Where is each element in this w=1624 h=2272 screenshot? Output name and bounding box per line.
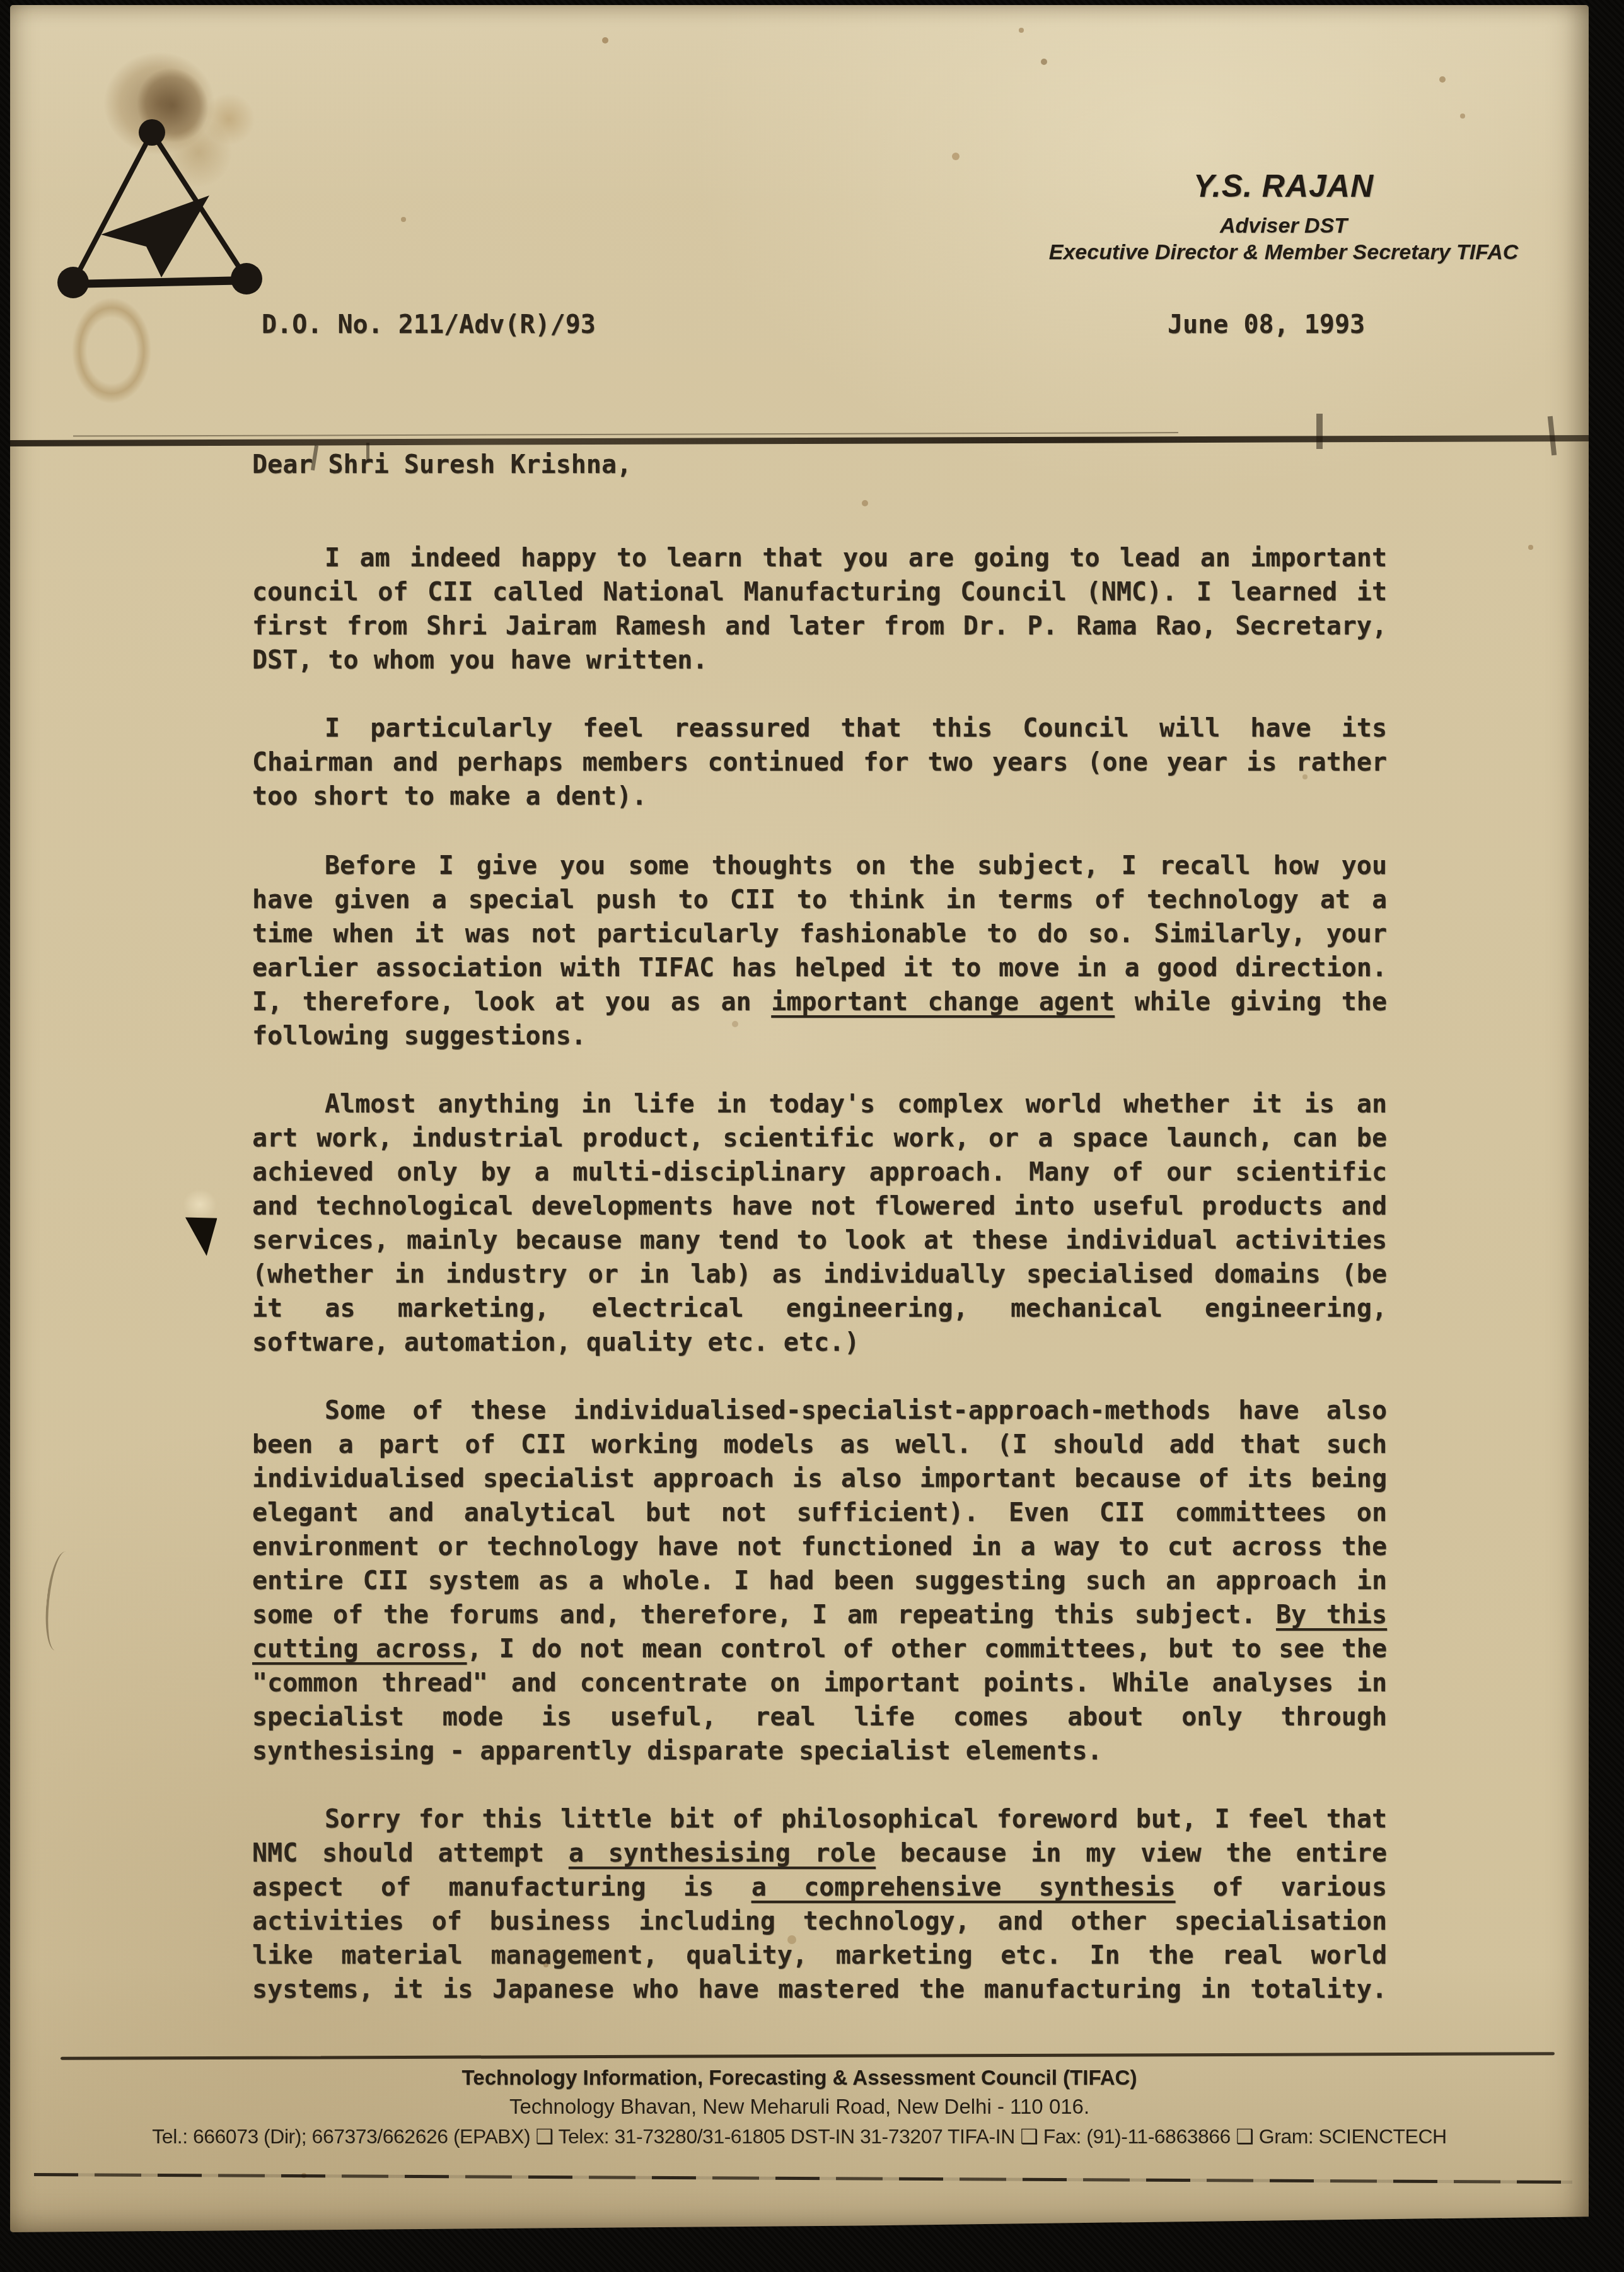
paper-tear-highlight [179,1186,221,1223]
footer-block: Technology Information, Forecasting & As… [10,2066,1589,2148]
body-line: entire CII system as a whole. I had been… [252,1564,1387,1598]
fold-smudge [1316,414,1323,449]
body-line: first from Shri Jairam Ramesh and later … [252,609,1387,643]
paragraph-3: Before I give you some thoughts on the s… [252,849,1387,1053]
body-line: elegant and analytical but not sufficien… [252,1496,1387,1530]
body-line: Sorry for this little bit of philosophic… [252,1802,1387,1836]
author-title-2: Executive Director & Member Secretary TI… [1034,240,1533,265]
body-line: Some of these individualised-specialist-… [252,1394,1387,1428]
body-line: specialist mode is useful, real life com… [252,1700,1387,1734]
author-name: Y.S. RAJAN [1034,168,1533,204]
paragraph-2: I particularly feel reassured that this … [252,711,1387,813]
body-line: like material management, quality, marke… [252,1938,1387,1972]
letterhead-block: Y.S. RAJAN Adviser DST Executive Directo… [1034,168,1533,265]
body-line: and technological developments have not … [252,1189,1387,1223]
salutation: Dear Shri Suresh Krishna, [252,450,632,479]
fold-line [10,435,1589,446]
body-line: art work, industrial product, scientific… [252,1121,1387,1155]
body-line: (whether in industry or in lab) as indiv… [252,1257,1387,1291]
body-line: activities of business including technol… [252,1904,1387,1938]
body-line: Almost anything in life in today's compl… [252,1087,1387,1121]
author-title-1: Adviser DST [1034,213,1533,238]
paper-edge-mark [34,2173,1572,2184]
tear-arrow-mark [185,1211,223,1258]
reference-number: D.O. No. 211/Adv(R)/93 [262,310,596,339]
body-line: achieved only by a multi-disciplinary ap… [252,1155,1387,1189]
footer-contacts: Tel.: 666073 (Dir); 667373/662626 (EPABX… [10,2124,1589,2148]
paragraph-4: Almost anything in life in today's compl… [252,1087,1387,1360]
footer-org-name: Technology Information, Forecasting & As… [10,2066,1589,2090]
body-line: Chairman and perhaps members continued f… [252,745,1387,779]
paragraph-1: I am indeed happy to learn that you are … [252,541,1387,677]
body-line: environment or technology have not funct… [252,1530,1387,1564]
body-line: aspect of manufacturing is a comprehensi… [252,1870,1387,1904]
body-line: too short to make a dent). [252,779,1387,813]
paper-specks [10,5,15,10]
ring-stain [64,288,159,414]
body-line: I particularly feel reassured that this … [252,711,1387,745]
body-line: cutting across, I do not mean control of… [252,1632,1387,1666]
body-line: I, therefore, look at you as an importan… [252,985,1387,1019]
paragraph-5: Some of these individualised-specialist-… [252,1394,1387,1768]
body-line: synthesising - apparently disparate spec… [252,1734,1387,1768]
paragraph-6: Sorry for this little bit of philosophic… [252,1802,1387,2007]
body-line: earlier association with TIFAC has helpe… [252,951,1387,985]
letter-date: June 08, 1993 [1168,310,1365,339]
body-line: time when it was not particularly fashio… [252,917,1387,951]
body-line: some of the forums and, therefore, I am … [252,1598,1387,1632]
body-line: Before I give you some thoughts on the s… [252,849,1387,883]
body-line: been a part of CII working models as wel… [252,1428,1387,1462]
tifac-triangle-logo [54,117,275,306]
body-line: council of CII called National Manufactu… [252,575,1387,609]
footer-rule [61,2052,1555,2059]
body-line: I am indeed happy to learn that you are … [252,541,1387,575]
pencil-paren-mark [42,1550,79,1652]
body-line: have given a special push to CII to thin… [252,883,1387,917]
letter-page: Y.S. RAJAN Adviser DST Executive Directo… [10,5,1589,2232]
body-line: DST, to whom you have written. [252,643,1387,677]
body-line: individualised specialist approach is al… [252,1462,1387,1496]
body-line: following suggestions. [252,1019,1387,1053]
body-line: services, mainly because many tend to lo… [252,1223,1387,1257]
footer-address: Technology Bhavan, New Meharuli Road, Ne… [10,2095,1589,2119]
body-line: "common thread" and concentrate on impor… [252,1666,1387,1700]
letter-body: I am indeed happy to learn that you are … [252,541,1387,2041]
scanned-letter-photo: { "letter": { "logo": {"icon": "tifac-tr… [0,0,1624,2272]
body-line: software, automation, quality etc. etc.) [252,1325,1387,1360]
body-line: it as marketing, electrical engineering,… [252,1291,1387,1325]
body-line: NMC should attempt a synthesising role b… [252,1836,1387,1870]
body-line: systems, it is Japanese who have mastere… [252,1972,1387,2007]
